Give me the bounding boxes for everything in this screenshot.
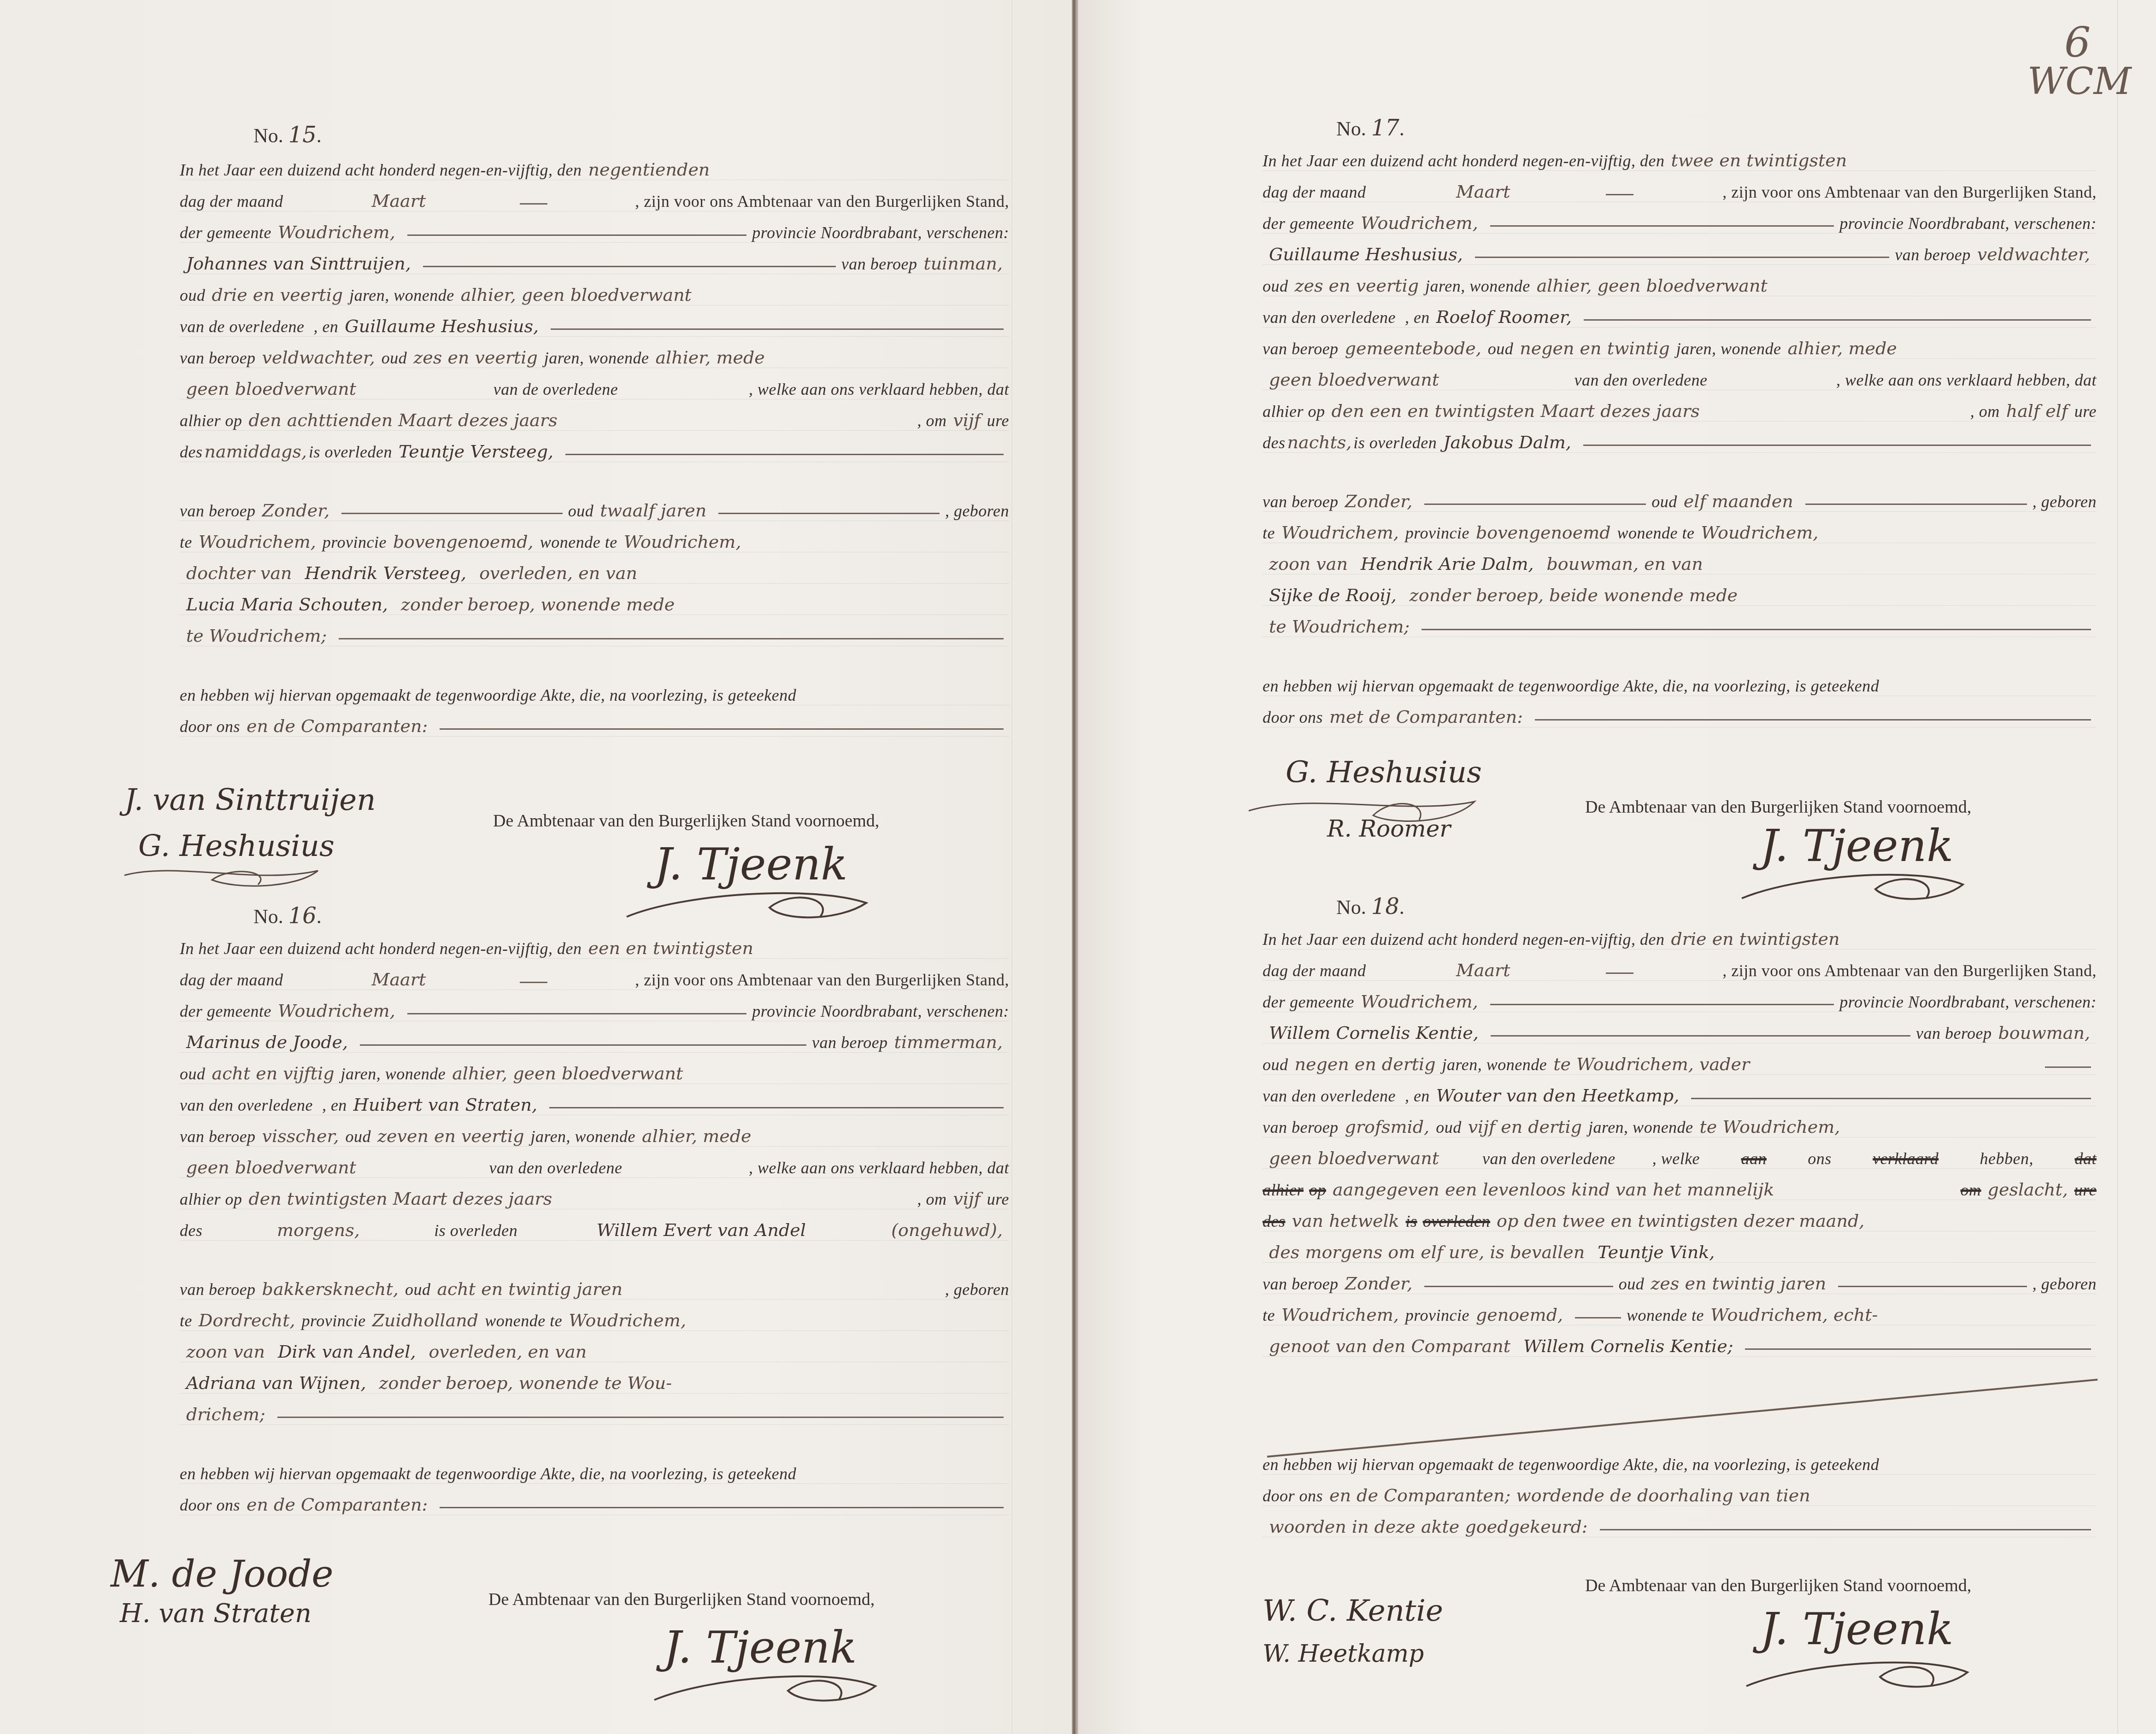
deceased-age: twaalf jaren [593,500,713,521]
father-status: overleden, en van [422,1342,1009,1362]
signature-declarant1: M. de Joode [111,1552,334,1595]
act-18: No. 18. In het Jaar een duizend acht hon… [1263,894,2097,1539]
declarant1-age: negen en dertig [1288,1054,1442,1074]
line-declarant2-details: van beroep veldwachter, oud zes en veert… [180,340,1009,368]
line-signed-by-2: woorden in deze akte goedgekeurd: [1263,1509,2097,1537]
struck-word: dat [2074,1149,2097,1168]
declarant2-age: zes en veertig [407,347,544,368]
left-page: No. 15. In het Jaar een duizend acht hon… [0,0,1074,1734]
occupation: Zonder, [1339,1273,1419,1294]
line-birthplace: te Woudrichem, provincie genoemd, wonend… [1263,1297,2097,1325]
act-number: No. 15. [253,122,322,148]
declarant1-age: drie en veertig [206,285,350,305]
line-deceased: des morgens, is overleden Willem Evert v… [180,1213,1009,1241]
declarant1-age: zes en veertig [1288,275,1426,296]
mother-name: Teuntje Vink, [1591,1242,1721,1262]
line-declarant1-age: oud drie en veertig jaren, wonende alhie… [180,277,1009,305]
death-date: den een en twintigsten Maart dezes jaars [1325,401,1970,421]
declarant2-residence: alhier, mede [649,347,1009,368]
act-number: No. 18. [1336,894,1404,920]
line-death-date: alhier op den achttienden Maart dezes ja… [180,403,1009,431]
line-parents-1: dochter van Hendrik Versteeg, overleden,… [180,556,1009,584]
spouse-name: Willem Cornelis Kentie; [1517,1336,1739,1356]
signature-declarant2: R. Roomer [1327,815,1451,842]
act-17: No. 17. In het Jaar een duizend acht hon… [1263,106,2097,820]
father-name: Hendrik Versteeg, [299,563,473,583]
death-hour: vijf [946,410,987,430]
municipality-field: Woudrichem, [1354,991,1485,1012]
deceased-note: (ongehuwd), [885,1220,1009,1240]
declarant2-occupation: veldwachter, [256,347,382,368]
line-parents-2: Sijke de Rooij, zonder beroep, beide won… [1263,578,2097,606]
line-deceased: des nachts, is overleden Jakobus Dalm, [1263,425,2097,453]
line-declarant1-age: oud negen en dertig jaren, wonende te Wo… [1263,1047,2097,1075]
line-deceased-details: van beroep Zonder, oud elf maanden , geb… [1263,484,2097,512]
declarant2-residence: alhier, mede [635,1126,1009,1146]
line-inserted-1: alhier op aangegeven een levenloos kind … [1263,1172,2097,1200]
act-16: No. 16. In het Jaar een duizend acht hon… [180,903,1009,1548]
declarant2-name: Huibert van Straten, [347,1095,544,1115]
mother-name: Sijke de Rooij, [1263,585,1403,605]
month-field: Maart [1450,960,1517,980]
declarant2-relation: geen bloedverwant [180,1157,363,1177]
father-name: Hendrik Arie Dalm, [1354,554,1540,574]
struck-word: ure [2074,1180,2097,1200]
line-declarant2-details: van beroep visscher, oud zeven en veerti… [180,1119,1009,1147]
birth-province: genoemd, [1469,1305,1569,1325]
residence: Woudrichem, echt- [1704,1305,2097,1325]
struck-word: verklaard [1873,1149,1939,1168]
line-death-date: alhier op den een en twintigsten Maart d… [1263,393,2097,422]
declarant1-residence: alhier, geen bloedverwant [454,285,1009,305]
declarant1-residence: alhier, geen bloedverwant [1530,275,2097,296]
declarant1-residence: te Woudrichem, vader [1547,1054,2039,1074]
struck-word: des [1263,1212,1286,1231]
line-inserted-3: des morgens om elf ure, is bevallen Teun… [1263,1235,2097,1263]
deceased-age: elf maanden [1677,491,1800,511]
line-parents-2: Lucia Maria Schouten, zonder beroep, won… [180,587,1009,615]
official-title: De Ambtenaar van den Burgerlijken Stand … [1585,797,1971,817]
line-declarant2: van den overledene , en Roelof Roomer, [1263,299,2097,328]
declarant1-residence: alhier, geen bloedverwant [446,1063,1009,1084]
line-deceased-details: van beroep Zonder, oud zes en twintig ja… [1263,1266,2097,1294]
residence: Woudrichem, [1695,522,2097,543]
inserted-text: aangegeven een levenloos kind van het ma… [1326,1179,1961,1200]
death-date: den twintigsten Maart dezes jaars [242,1189,917,1209]
day-field: drie en twintigsten [1664,929,2097,949]
declarant2-age: vijf en dertig [1462,1117,1588,1137]
inserted-text: op den twee en twintigsten dezer maand, [1490,1211,2097,1231]
line-declarant2: van den overledene , en Wouter van den H… [1263,1078,2097,1106]
signed-by: en de Comparanten: [240,1494,434,1515]
declarant1-age: acht en vijftig [206,1063,341,1084]
struck-word: aan [1741,1149,1767,1168]
death-hour: vijf [946,1189,987,1209]
line-month: dag der maand Maart , zijn voor ons Ambt… [1263,953,2097,981]
signed-by: en de Comparanten: [240,716,434,736]
declarant2-residence: alhier, mede [1781,338,2097,358]
line-municipality: der gemeente Woudrichem, provincie Noord… [180,215,1009,243]
signature-declarant2: W. Heetkamp [1263,1640,1424,1668]
line-relation: geen bloedverwant van den overledene , w… [1263,362,2097,390]
day-field: een en twintigsten [582,938,1009,958]
line-signed-by: door ons en de Comparanten: [180,1487,1009,1515]
mother-name: Lucia Maria Schouten, [180,594,394,615]
line-parents-3: drichem; [180,1397,1009,1425]
official-flourish-icon [645,1658,885,1709]
mother-status: zonder beroep, beide wonende mede [1403,585,2097,605]
register-spread: No. 15. In het Jaar een duizend acht hon… [0,0,2156,1734]
deceased-name: Willem Evert van Andel [590,1220,812,1240]
deceased-occupation: bakkersknecht, [256,1279,405,1299]
signature-declarant1: J. van Sinttruijen [124,783,376,817]
line-date: In het Jaar een duizend acht honderd neg… [180,152,1009,180]
declarant1-name: Guillaume Heshusius, [1263,244,1469,264]
birthplace: Dordrecht, [192,1310,302,1330]
line-declarant2-details: van beroep grofsmid, oud vijf en dertig … [1263,1109,2097,1137]
line-deceased: des namiddags, is overleden Teuntje Vers… [180,434,1009,462]
declarant2-relation: geen bloedverwant [180,379,363,399]
birthplace: Woudrichem, [1275,1305,1405,1325]
day-field: negentienden [582,159,1009,180]
deceased-name: Teuntje Versteeg, [392,441,560,462]
municipality-field: Woudrichem, [1354,213,1485,233]
month-field: Maart [1450,182,1517,202]
line-closing: en hebben wij hiervan opgemaakt de tegen… [1263,1447,2097,1475]
parents-residence: te Woudrichem; [1263,616,1416,637]
line-parents-1: zoon van Hendrik Arie Dalm, bouwman, en … [1263,546,2097,574]
father-status: overleden, en van [473,563,1009,583]
daypart: morgens, [275,1220,362,1240]
age: zes en twintig jaren [1644,1273,1833,1294]
line-birthplace: te Dordrecht, provincie Zuidholland wone… [180,1303,1009,1331]
deceased-occupation: Zonder, [1339,491,1419,511]
line-parents-2: Adriana van Wijnen, zonder beroep, wonen… [180,1365,1009,1394]
birth-province: bovengenoemd [1469,522,1617,543]
declarant1-name: Marinus de Joode, [180,1032,354,1052]
line-date: In het Jaar een duizend acht honderd neg… [1263,143,2097,171]
line-closing: en hebben wij hiervan opgemaakt de tegen… [180,1456,1009,1484]
relation-to-parents: zoon van [180,1342,271,1362]
act-15: No. 15. In het Jaar een duizend acht hon… [180,115,1009,829]
line-birthplace: te Woudrichem, provincie bovengenoemd wo… [1263,515,2097,543]
line-declarant1: Willem Cornelis Kentie, van beroep bouwm… [1263,1015,2097,1043]
line-closing: en hebben wij hiervan opgemaakt de tegen… [180,677,1009,705]
line-relation: geen bloedverwant van de overledene , we… [180,371,1009,399]
line-date: In het Jaar een duizend acht honderd neg… [1263,921,2097,949]
declarant2-occupation: grofsmid, [1339,1117,1436,1137]
official-flourish-icon [1737,1645,1977,1695]
line-declarant1: Guillaume Heshusius, van beroep veldwach… [1263,237,2097,265]
declarant2-occupation: visscher, [256,1126,346,1146]
declarant2-name: Guillaume Heshusius, [338,316,545,336]
line-municipality: der gemeente Woudrichem, provincie Noord… [180,993,1009,1021]
line-declarant1-age: oud zes en veertig jaren, wonende alhier… [1263,268,2097,296]
official-title: De Ambtenaar van den Burgerlijken Stand … [488,1589,875,1610]
declarant1-name: Johannes van Sinttruijen, [180,253,417,274]
line-signed-by: door ons en de Comparanten: [180,709,1009,737]
residence: Woudrichem, [617,532,1009,552]
line-declarant1: Johannes van Sinttruijen, van beroep tui… [180,246,1009,274]
line-declarant2: van den overledene , en Huibert van Stra… [180,1087,1009,1115]
declarant2-name: Roelof Roomer, [1430,307,1578,327]
declarant2-residence: te Woudrichem, [1693,1117,2097,1137]
relation-to-parents: dochter van [180,563,299,583]
line-date: In het Jaar een duizend acht honderd neg… [180,931,1009,959]
signature-declarant1: G. Heshusius [1286,756,1482,790]
spouse-relation: genoot van den Comparant [1263,1336,1517,1356]
father-name: Dirk van Andel, [271,1342,423,1362]
birthplace: Woudrichem, [192,532,323,552]
municipality-field: Woudrichem, [271,222,402,242]
official-title: De Ambtenaar van den Burgerlijken Stand … [493,811,879,831]
right-page: 6 WCM No. 17. In het Jaar een duizend ac… [1078,0,2156,1734]
line-signed-by: door ons en de Comparanten; wordende de … [1263,1478,2097,1506]
mother-status: zonder beroep, wonende te Wou- [372,1373,1009,1393]
municipality-field: Woudrichem, [271,1001,402,1021]
line-closing: en hebben wij hiervan opgemaakt de tegen… [1263,668,2097,696]
inserted-text: van hetwelk [1286,1211,1406,1231]
declarant2-name: Wouter van den Heetkamp, [1430,1085,1686,1106]
death-date: den achttienden Maart dezes jaars [242,410,917,430]
mother-status: zonder beroep, wonende mede [394,594,1009,615]
line-declarant1: Marinus de Joode, van beroep timmerman, [180,1025,1009,1053]
birthplace: Woudrichem, [1275,522,1405,543]
month-field: Maart [365,969,433,990]
declarant2-relation: geen bloedverwant [1263,369,1445,390]
day-field: twee en twintigsten [1664,150,2097,170]
death-hour: half elf [2000,401,2074,421]
line-month: dag der maand Maart , zijn voor ons Ambt… [180,183,1009,211]
act-number: No. 16. [253,903,322,929]
margin-rule [2117,0,2118,1734]
father-status: bouwman, en van [1540,554,2097,574]
declarant2-age: negen en twintig [1513,338,1676,358]
struck-word: overleden [1423,1212,1490,1231]
folio-initials: WCM [2027,60,2131,103]
declarant1-occupation: bouwman, [1992,1023,2097,1043]
signature-declarant1: W. C. Kentie [1263,1594,1443,1628]
inserted-text: des morgens om elf ure, is bevallen [1263,1242,1591,1262]
declarant1-occupation: tuinman, [917,253,1009,274]
signature-flourish-icon [120,852,332,894]
line-municipality: der gemeente Woudrichem, provincie Noord… [1263,984,2097,1012]
inserted-text: geslacht, [1981,1179,2074,1200]
line-declarant1-age: oud acht en vijftig jaren, wonende alhie… [180,1056,1009,1084]
line-parents-3: te Woudrichem; [1263,609,2097,637]
line-birthplace: te Woudrichem, provincie bovengenoemd, w… [180,524,1009,552]
line-declarant2: van de overledene , en Guillaume Heshusi… [180,309,1009,337]
line-relation: geen bloedverwant van den overledene , w… [180,1150,1009,1178]
struck-word: om [1961,1180,1981,1200]
line-municipality: der gemeente Woudrichem, provincie Noord… [1263,205,2097,234]
line-relation-struck: geen bloedverwant van den overledene , w… [1263,1141,2097,1169]
line-death-date: alhier op den twintigsten Maart dezes ja… [180,1181,1009,1209]
declarant1-name: Willem Cornelis Kentie, [1263,1023,1485,1043]
line-deceased-details: van beroep bakkersknecht, oud acht en tw… [180,1271,1009,1300]
deceased-occupation: Zonder, [256,500,336,521]
line-signed-by: door ons met de Comparanten: [1263,699,2097,727]
deceased-name: Jakobus Dalm, [1437,432,1578,452]
declarant1-occupation: veldwachter, [1971,244,2097,264]
signature-declarant2: H. van Straten [120,1599,311,1629]
declarant2-relation: geen bloedverwant [1263,1148,1445,1168]
mother-name: Adriana van Wijnen, [180,1373,372,1393]
margin-rule [1011,0,1012,1734]
line-parents-1: zoon van Dirk van Andel, overleden, en v… [180,1334,1009,1362]
daypart: nachts, [1286,432,1354,452]
relation-to-parents: zoon van [1263,554,1354,574]
struck-word: is [1406,1212,1417,1231]
line-month: dag der maand Maart , zijn voor ons Ambt… [1263,174,2097,202]
line-month: dag der maand Maart , zijn voor ons Ambt… [180,962,1009,990]
struck-word: op [1309,1180,1326,1200]
signed-by: en de Comparanten; wordende de doorhalin… [1323,1485,2097,1506]
line-spouse: genoot van den Comparant Willem Cornelis… [1263,1329,2097,1357]
birth-province: bovengenoemd, [387,532,540,552]
approval-note: woorden in deze akte goedgekeurd: [1263,1517,1594,1537]
deceased-age: acht en twintig jaren [430,1279,945,1299]
declarant2-occupation: gemeentebode, [1339,338,1488,358]
line-deceased-details: van beroep Zonder, oud twaalf jaren , ge… [180,493,1009,521]
struck-word: alhier [1263,1180,1304,1200]
declarant2-age: zeven en veertig [371,1126,530,1146]
signed-by: met de Comparanten: [1323,707,1529,727]
residence: Woudrichem, [562,1310,1009,1330]
line-parents-3: te Woudrichem; [180,618,1009,646]
declarant1-occupation: timmerman, [888,1032,1009,1052]
month-field: Maart [365,191,433,211]
line-inserted-2: des van hetwelk is overleden op den twee… [1263,1203,2097,1231]
daypart: namiddags, [203,441,309,462]
official-title: De Ambtenaar van den Burgerlijken Stand … [1585,1576,1971,1596]
line-declarant2-details: van beroep gemeentebode, oud negen en tw… [1263,331,2097,359]
parents-residence: drichem; [180,1404,272,1424]
parents-residence: te Woudrichem; [180,626,333,646]
birth-province: Zuidholland [366,1310,485,1330]
act-number: No. 17. [1336,115,1404,141]
